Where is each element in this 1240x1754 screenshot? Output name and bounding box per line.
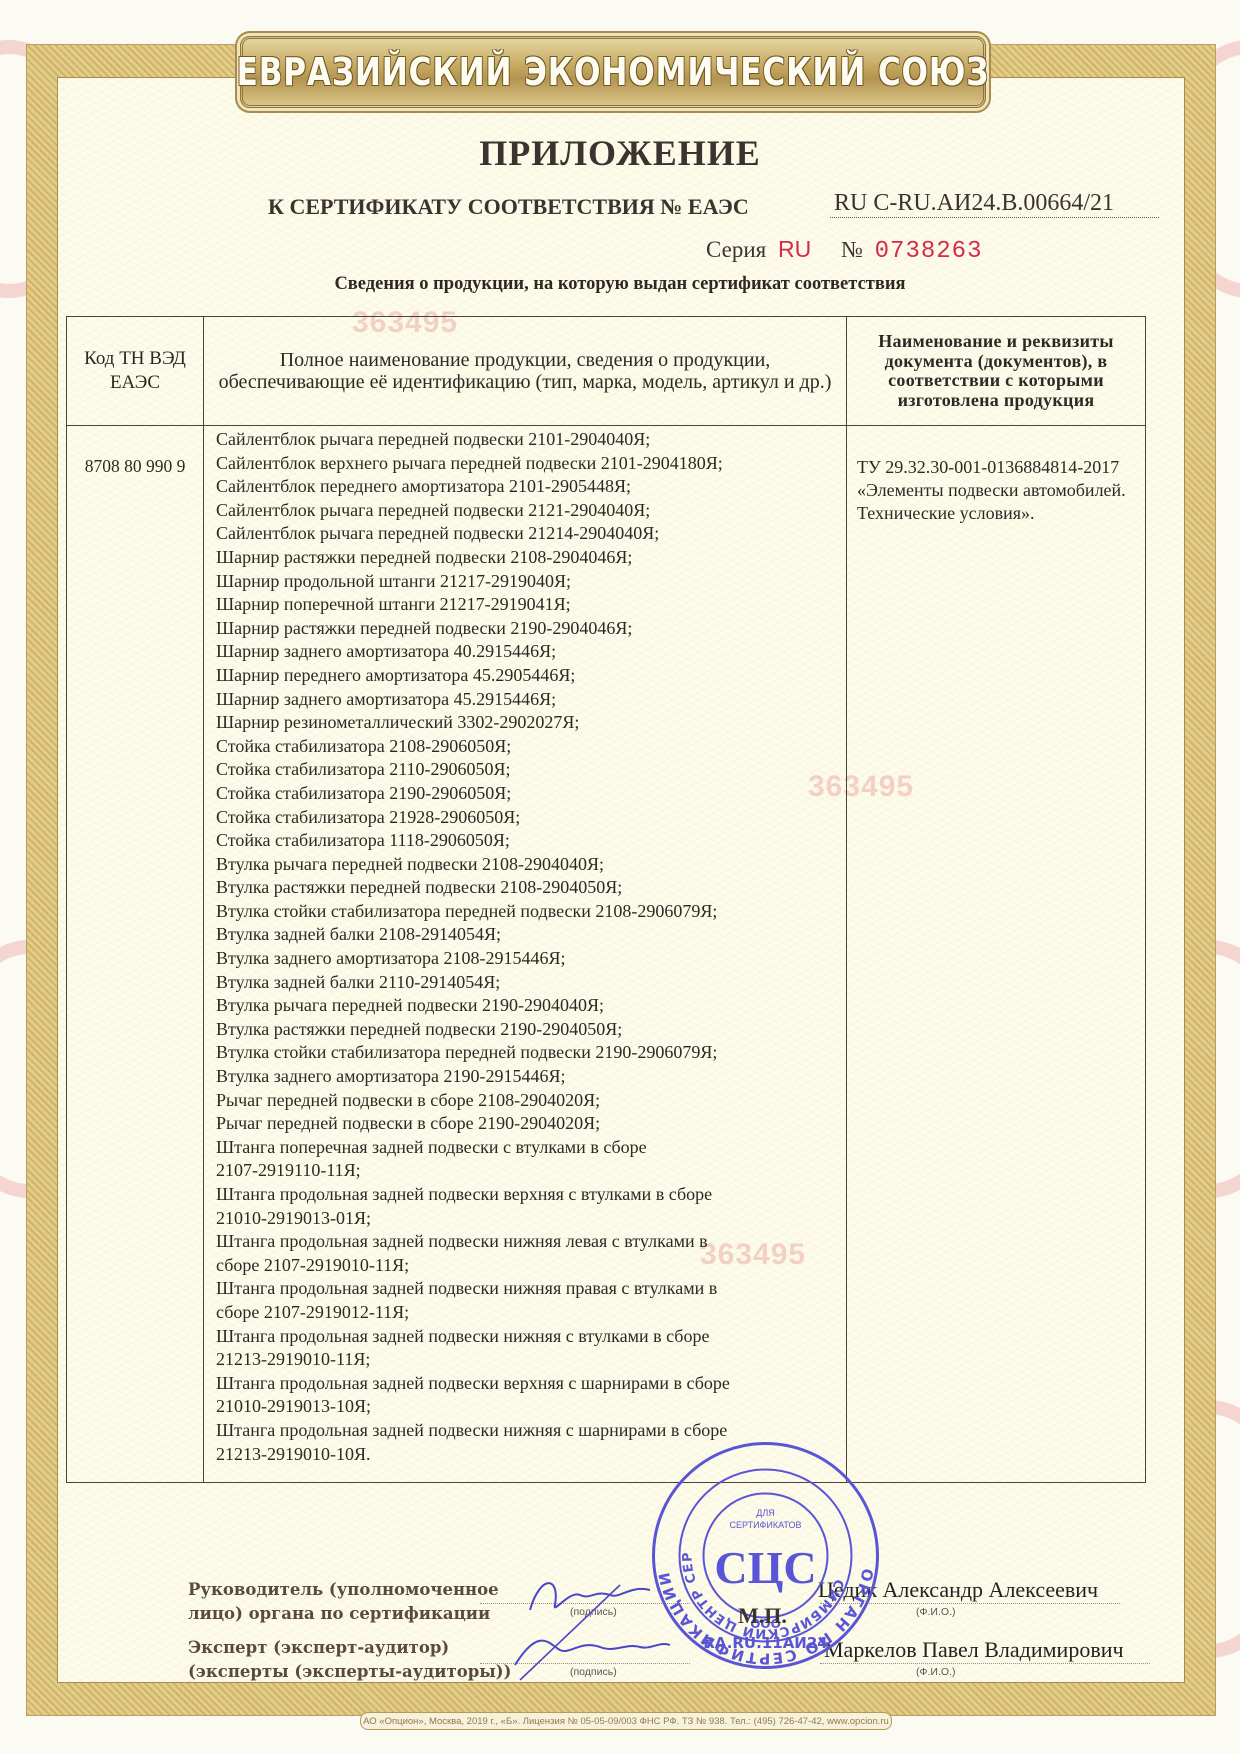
product-line: Стойка стабилизатора 2110-2906050Я; [216, 758, 838, 782]
product-line: Шарнир растяжки передней подвески 2190-2… [216, 617, 838, 641]
union-banner: ЕВРАЗИЙСКИЙ ЭКОНОМИЧЕСКИЙ СОЮЗ [240, 36, 986, 108]
expert-label: Эксперт (эксперт-аудитор) (эксперты (экс… [188, 1636, 511, 1684]
seal-logo: СЦС [714, 1542, 816, 1593]
product-line: 21010-2919013-10Я; [216, 1395, 838, 1419]
header-tn-ved-code: Код ТН ВЭД ЕАЭС [67, 317, 204, 426]
product-line: 21213-2919010-11Я; [216, 1348, 838, 1372]
product-line: Шарнир растяжки передней подвески 2108-2… [216, 546, 838, 570]
page-title: ПРИЛОЖЕНИЕ [0, 132, 1240, 174]
product-line: Сайлентблок переднего амортизатора 2101-… [216, 475, 838, 499]
product-line: Штанга поперечная задней подвески с втул… [216, 1136, 838, 1160]
product-line: Стойка стабилизатора 1118-2906050Я; [216, 829, 838, 853]
product-line: Шарнир переднего амортизатора 45.2905446… [216, 664, 838, 688]
product-line: Рычаг передней подвески в сборе 2190-290… [216, 1112, 838, 1136]
product-line: Штанга продольная задней подвески верхня… [216, 1183, 838, 1207]
product-line: 21010-2919013-01Я; [216, 1207, 838, 1231]
product-line: Штанга продольная задней подвески нижняя… [216, 1277, 838, 1301]
products-table: Код ТН ВЭД ЕАЭС Полное наименование прод… [66, 316, 1146, 1483]
product-list: Сайлентблок рычага передней подвески 210… [204, 426, 847, 1483]
expert-fio-caption: (Ф.И.О.) [916, 1666, 955, 1678]
product-line: Стойка стабилизатора 2108-2906050Я; [216, 735, 838, 759]
union-title: ЕВРАЗИЙСКИЙ ЭКОНОМИЧЕСКИЙ СОЮЗ [237, 50, 990, 94]
seal-center-mid: СЕРТИФИКАТОВ [729, 1520, 801, 1530]
printer-info: АО «Опцион», Москва, 2019 г., «Б». Лицен… [360, 1712, 892, 1730]
product-line: Штанга продольная задней подвески нижняя… [216, 1230, 838, 1254]
series-value: RU [778, 236, 811, 262]
head-label-line1: Руководитель (уполномоченное [188, 1578, 499, 1602]
product-line: Шарнир продольной штанги 21217-2919040Я; [216, 570, 838, 594]
head-label: Руководитель (уполномоченное лицо) орган… [188, 1578, 499, 1626]
certification-seal-icon: ОРГАН ПО СЕРТИФИКАЦИИ ПРОДУКЦИИ СИМБИРСК… [648, 1438, 883, 1673]
head-label-line2: лицо) органа по сертификации [188, 1602, 499, 1626]
expert-label-line1: Эксперт (эксперт-аудитор) [188, 1636, 511, 1660]
table-header-row: Код ТН ВЭД ЕАЭС Полное наименование прод… [67, 317, 1146, 426]
number-sign: № [841, 237, 863, 262]
product-line: Втулка рычага передней подвески 2190-290… [216, 994, 838, 1018]
stamp-place-mark: М.П. [738, 1603, 787, 1629]
table-row: 8708 80 990 9 Сайлентблок рычага передне… [67, 426, 1146, 1483]
product-line: Сайлентблок рычага передней подвески 210… [216, 428, 838, 452]
product-line: Шарнир заднего амортизатора 40.2915446Я; [216, 640, 838, 664]
head-fio-caption: (Ф.И.О.) [916, 1606, 955, 1618]
product-line: Шарнир резинометаллический 3302-2902027Я… [216, 711, 838, 735]
tn-ved-code: 8708 80 990 9 [67, 426, 204, 1483]
product-line: Втулка стойки стабилизатора передней под… [216, 1041, 838, 1065]
product-line: Шарнир поперечной штанги 21217-2919041Я; [216, 593, 838, 617]
series-line: Серия RU № 0738263 [706, 236, 982, 265]
product-line: Втулка заднего амортизатора 2108-2915446… [216, 947, 838, 971]
expert-label-line2: (эксперты (эксперты-аудиторы)) [188, 1660, 511, 1684]
product-line: Стойка стабилизатора 2190-2906050Я; [216, 782, 838, 806]
product-line: 2107-2919110-11Я; [216, 1159, 838, 1183]
product-line: Штанга продольная задней подвески верхня… [216, 1372, 838, 1396]
seal-center-top: ДЛЯ [756, 1508, 775, 1518]
product-line: Втулка стойки стабилизатора передней под… [216, 900, 838, 924]
product-line: сборе 2107-2919012-11Я; [216, 1301, 838, 1325]
product-line: Втулка растяжки передней подвески 2190-2… [216, 1018, 838, 1042]
product-line: Штанга продольная задней подвески нижняя… [216, 1325, 838, 1349]
certificate-label: К СЕРТИФИКАТУ СООТВЕТСТВИЯ № ЕАЭС [268, 194, 749, 220]
certificate-number: RU C-RU.АИ24.В.00664/21 [830, 190, 1159, 218]
product-line: Втулка заднего амортизатора 2190-2915446… [216, 1065, 838, 1089]
form-number: 0738263 [875, 238, 983, 265]
series-label: Серия [706, 237, 766, 262]
product-line: Сайлентблок верхнего рычага передней под… [216, 452, 838, 476]
header-product-name: Полное наименование продукции, сведения … [204, 317, 847, 426]
product-line: Втулка рычага передней подвески 2108-290… [216, 853, 838, 877]
header-normative-document: Наименование и реквизиты документа (доку… [847, 317, 1146, 426]
product-line: Рычаг передней подвески в сборе 2108-290… [216, 1089, 838, 1113]
seal-accreditation: RA.RU.11АИ24 [703, 1634, 827, 1652]
product-line: Втулка задней балки 2110-2914054Я; [216, 971, 838, 995]
product-line: Втулка задней балки 2108-2914054Я; [216, 923, 838, 947]
product-line: Сайлентблок рычага передней подвески 212… [216, 499, 838, 523]
product-line: Сайлентблок рычага передней подвески 212… [216, 522, 838, 546]
product-line: Шарнир заднего амортизатора 45.2915446Я; [216, 688, 838, 712]
product-line: сборе 2107-2919010-11Я; [216, 1254, 838, 1278]
product-line: Втулка растяжки передней подвески 2108-2… [216, 876, 838, 900]
normative-document: ТУ 29.32.30-001-0136884814-2017 «Элемент… [847, 426, 1146, 1483]
product-line: Стойка стабилизатора 21928-2906050Я; [216, 806, 838, 830]
section-subtitle: Сведения о продукции, на которую выдан с… [0, 274, 1240, 295]
